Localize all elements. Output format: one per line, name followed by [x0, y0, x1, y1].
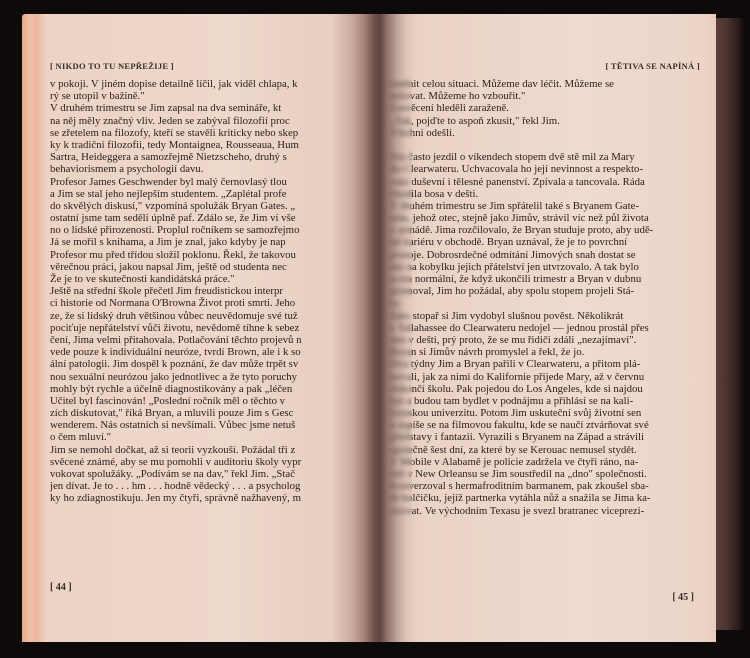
- right-page-body: změnit celou situaci. Můžeme dav léčit. …: [390, 78, 653, 517]
- text-line: do Clearwateru. Uchvacovala ho její nevi…: [390, 163, 653, 175]
- open-book: [ NIKDO TO TU NEPŘEŽIJE ] v pokoji. V ji…: [22, 14, 734, 642]
- text-line: a Jim se stal jeho nejlepším studentem. …: [50, 188, 302, 200]
- text-line: milovat. Můžeme ho vzbouřit.": [390, 90, 653, 102]
- text-line: postoje. Dobrosrdečné odmítání Jimových …: [390, 249, 653, 261]
- text-line: [390, 139, 653, 151]
- text-line: vede pouze k individuální neuróze, tvrdí…: [50, 346, 302, 358]
- text-line: Sartra, Heideggera a samozřejmě Nietzsch…: [50, 151, 302, 163]
- text-line: „Tak, pojďte to aspoň zkusit," řekl Jim.: [390, 115, 653, 127]
- text-line: Dva týdny Jim a Bryan pařili v Clearwate…: [390, 358, 653, 370]
- text-line: zcela normální, že když ukončili trimest…: [390, 273, 653, 285]
- text-line: ální patologii. Jim dospěl k poznání, že…: [50, 358, 302, 370]
- text-line: svěcené známé, aby se mu pomohli v audit…: [50, 456, 302, 468]
- text-line: ze, že si lidský druh většinou vůbec neu…: [50, 310, 302, 322]
- text-line: vání duševní i tělesné panenství. Zpíval…: [390, 176, 653, 188]
- text-line: V druhém trimestru se Jim zapsal na dva …: [50, 102, 302, 114]
- text-line: změnit celou situaci. Můžeme dav léčit. …: [390, 78, 653, 90]
- text-line: chodila bosa v dešti.: [390, 188, 653, 200]
- text-line: den v dešti, prý proto, že se mu řidiči …: [390, 334, 653, 346]
- text-line: Zasvěcení hleděli zaraženě.: [390, 102, 653, 114]
- text-line: sem, jehož otec, stejně jako Jimův, strá…: [390, 212, 653, 224]
- left-page-body: v pokoji. V jiném dopise detailně líčil,…: [50, 78, 302, 505]
- text-line: z Tallahassee do Clearwateru nedojel — j…: [390, 322, 653, 334]
- text-line: Konverzoval s hermafroditním barmanem, p…: [390, 480, 653, 492]
- text-line: fornskou univerzitu. Potom Jim uskuteční…: [390, 407, 653, 419]
- text-line: promoval, Jim ho požádal, aby spolu stop…: [390, 285, 653, 297]
- text-line: byt a budou tam bydlet v podnájmu a přih…: [390, 395, 653, 407]
- text-line: Bryan si Jimův návrh promyslel a řekl, ž…: [390, 346, 653, 358]
- running-head-right: [ TĚTIVA SE NAPÍNÁ ]: [606, 61, 701, 71]
- text-line: na něj měly značný vliv. Jeden se zabýva…: [50, 115, 302, 127]
- gutter-blur: [374, 14, 412, 642]
- text-line: Jim se nemohl dočkat, až si teorii vyzko…: [50, 444, 302, 456]
- running-head-left: [ NIKDO TO TU NEPŘEŽIJE ]: [50, 61, 174, 71]
- text-line: do skvělých diskusí," vzpomíná spolužák …: [50, 200, 302, 212]
- text-line: zích diskutovat," říká Bryan, a mluvili …: [50, 407, 302, 419]
- text-line: strovat. Ve východním Texasu je svezl br…: [390, 505, 653, 517]
- text-line: se zřetelem na filozofy, kteří se stavěl…: [50, 127, 302, 139]
- text-line: Jim často jezdil o víkendech stopem dvě …: [390, 151, 653, 163]
- text-line: pociťuje nepřátelství vůči životu, nevěd…: [50, 322, 302, 334]
- text-line: Profesor mu před třídou složil poklonu. …: [50, 249, 302, 261]
- text-line: o čem mluví.": [50, 431, 302, 443]
- text-line: jen dívat. Je to . . . hm . . . hodně vě…: [50, 480, 302, 492]
- left-page: [ NIKDO TO TU NEPŘEŽIJE ] v pokoji. V ji…: [22, 14, 374, 642]
- text-line: vokovat spolužáky. „Podívám se na dav," …: [50, 468, 302, 480]
- text-line: Jako stopař si Jim vydobyl slušnou pověs…: [390, 310, 653, 322]
- text-line: rý se utopil v bažině.": [50, 90, 302, 102]
- page-number-right: [ 45 ]: [672, 592, 694, 603]
- text-line: a zapíše se na filmovou fakultu, kde se …: [390, 419, 653, 431]
- text-line: ty.: [390, 297, 653, 309]
- text-line: v pokoji. V jiném dopise detailně líčil,…: [50, 78, 302, 90]
- text-line: společně šest dní, za které by se Keroua…: [390, 444, 653, 456]
- text-line: nou sexuální neurózou jako jednotlivec a…: [50, 371, 302, 383]
- text-line: Učitel byl fascinován! „Poslední ročník …: [50, 395, 302, 407]
- text-line: mu na kobylku jejich přátelství jen utvr…: [390, 261, 653, 273]
- text-line: ostatní jsme tam seděli úplně paf. Zdálo…: [50, 212, 302, 224]
- text-line: ci historie od Normana O'Browna Život pr…: [50, 297, 302, 309]
- text-line: čení, Jima velmi přitahovala. Potlačován…: [50, 334, 302, 346]
- text-line: věrečnou práci, jakou napsal Jim, ještě …: [50, 261, 302, 273]
- text-line: Já se mořil s knihama, a Jim je znal, ja…: [50, 236, 302, 248]
- text-line: Že je to ve skutečnosti kandidátská prác…: [50, 273, 302, 285]
- text-line: behaviorismem a psychologií davu.: [50, 163, 302, 175]
- right-page: [ TĚTIVA SE NAPÍNÁ ] změnit celou situac…: [374, 14, 716, 642]
- text-line: wenderem. Nás ostatních si nevšímali. Vů…: [50, 419, 302, 431]
- text-line: Ještě na střední škole přečetl Jim freud…: [50, 285, 302, 297]
- text-line: lit holčičku, jejíž partnerka vytáhla nů…: [390, 492, 653, 504]
- text-line: Profesor James Geschwender byl malý čern…: [50, 176, 302, 188]
- text-line: no o lidské přirozenosti. Proplul ročník…: [50, 224, 302, 236]
- text-line: novali, jak za nimi do Kalifornie přijed…: [390, 371, 653, 383]
- text-line: V druhém trimestru se Jim spřátelil také…: [390, 200, 653, 212]
- text-line: lal kariéru v obchodě. Bryan uznával, že…: [390, 236, 653, 248]
- text-line: ky ho zdiagnostikuju. Jen my čtyři, sprá…: [50, 492, 302, 504]
- text-line: v armádě. Jima rozčilovalo, že Bryan stu…: [390, 224, 653, 236]
- book-fore-edge-right: [716, 18, 744, 630]
- text-line: představy i fantazii. Vyrazili s Bryanem…: [390, 431, 653, 443]
- text-line: Všichni odešli.: [390, 127, 653, 139]
- text-line: mohly být rychle a účelně diagnostikován…: [50, 383, 302, 395]
- text-line: čež v New Orleansu se Jim soustředil na …: [390, 468, 653, 480]
- text-line: dokončí školu. Pak pojedou do Los Angele…: [390, 383, 653, 395]
- page-number-left: [ 44 ]: [50, 582, 72, 593]
- text-line: V Mobile v Alabamě je policie zadržela v…: [390, 456, 653, 468]
- text-line: ky k tradiční filozofii, tedy Montaignea…: [50, 139, 302, 151]
